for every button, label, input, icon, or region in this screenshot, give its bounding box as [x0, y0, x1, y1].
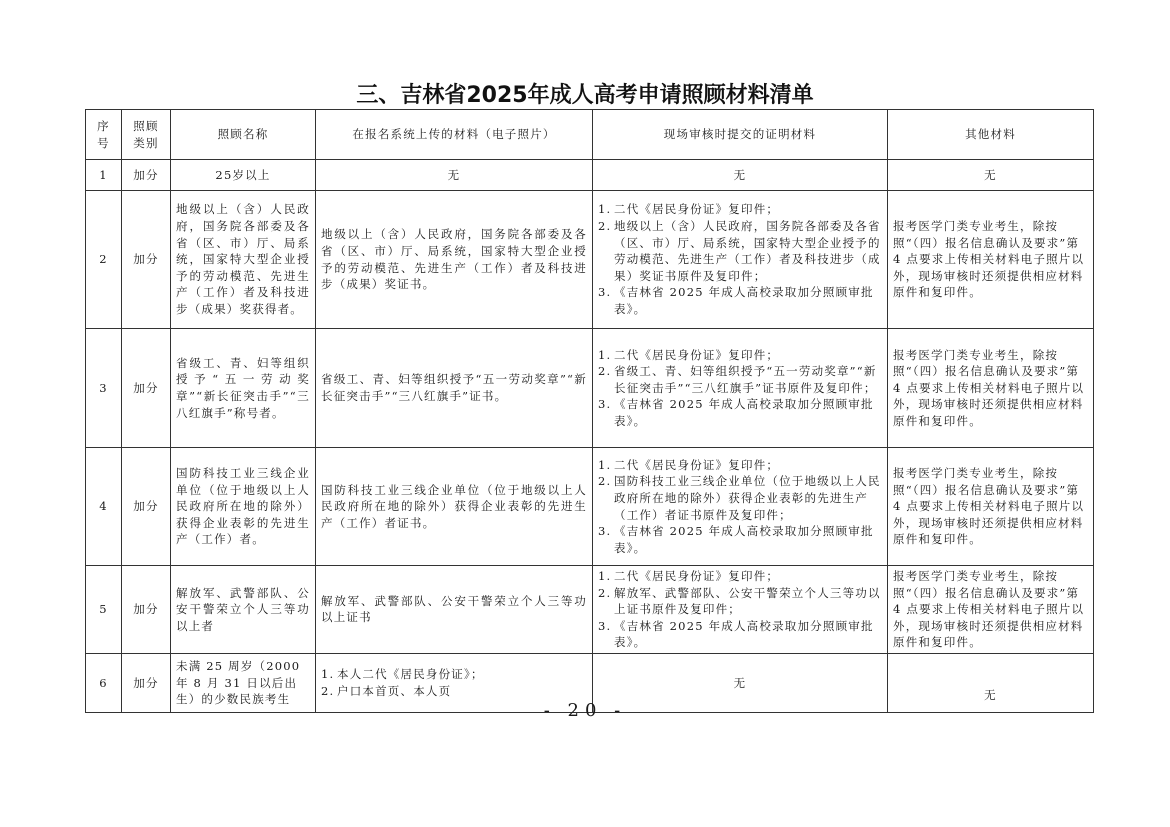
header-category: 照顾类别: [122, 110, 171, 160]
item-number: 3.: [598, 396, 611, 413]
list-item: 2. 解放军、武警部队、公安干警荣立个人三等功以上证书原件及复印件；: [598, 585, 882, 618]
header-other: 其他材料: [888, 110, 1094, 160]
onsite-list: 1.二代《居民身份证》复印件； 2.地级以上（含）人民政府，国务院各部委及各省（…: [598, 201, 882, 317]
list-item: 2.地级以上（含）人民政府，国务院各部委及各省（区、市）厅、局系统，国家特大型企…: [598, 218, 882, 284]
table-row: 5 加分 解放军、武警部队、公安干警荣立个人三等功以上者 解放军、武警部队、公安…: [86, 566, 1094, 654]
item-number: 2.: [598, 585, 611, 602]
onsite-list: 1.二代《居民身份证》复印件； 2.省级工、青、妇等组织授予“五一劳动奖章”“新…: [598, 347, 882, 430]
cell-other: 报考医学门类专业考生，除按照“（四）报名信息确认及要求”第 4 点要求上传相关材…: [888, 566, 1094, 654]
item-number: 3.: [598, 523, 611, 540]
table-row: 1 加分 25岁以上 无 无 无: [86, 160, 1094, 191]
cell-seq: 3: [86, 329, 122, 448]
cell-other: 报考医学门类专业考生，除按照“（四）报名信息确认及要求”第 4 点要求上传相关材…: [888, 191, 1094, 329]
cell-seq: 4: [86, 448, 122, 566]
cell-onsite: 1.二代《居民身份证》复印件； 2.地级以上（含）人民政府，国务院各部委及各省（…: [593, 191, 888, 329]
table-row: 3 加分 省级工、青、妇等组织授予“五一劳动奖章”“新长征突击手”“三八红旗手”…: [86, 329, 1094, 448]
list-item: 2.国防科技工业三线企业单位（位于地级以上人民政府所在地的除外）获得企业表彰的先…: [598, 473, 882, 523]
item-number: 1.: [598, 347, 611, 364]
item-text: 《吉林省 2025 年成人高校录取加分照顾审批表》。: [614, 524, 874, 555]
list-item: 2.省级工、青、妇等组织授予“五一劳动奖章”“新长征突击手”“三八红旗手”证书原…: [598, 363, 882, 396]
care-materials-table: 序号 照顾类别 照顾名称 在报名系统上传的材料（电子照片） 现场审核时提交的证明…: [85, 109, 1094, 713]
item-text: 省级工、青、妇等组织授予“五一劳动奖章”“新长征突击手”“三八红旗手”证书原件及…: [614, 364, 877, 395]
table-header-row: 序号 照顾类别 照顾名称 在报名系统上传的材料（电子照片） 现场审核时提交的证明…: [86, 110, 1094, 160]
item-number: 2.: [598, 473, 611, 490]
cell-category: 加分: [122, 448, 171, 566]
item-text: 国防科技工业三线企业单位（位于地级以上人民政府所在地的除外）获得企业表彰的先进生…: [614, 474, 881, 521]
page-number: - 20 -: [0, 700, 1170, 721]
header-onsite: 现场审核时提交的证明材料: [593, 110, 888, 160]
cell-seq: 2: [86, 191, 122, 329]
item-text: 《吉林省 2025 年成人高校录取加分照顾审批表》。: [614, 285, 874, 316]
header-name: 照顾名称: [171, 110, 316, 160]
item-number: 2.: [598, 218, 611, 235]
list-item: 1. 二代《居民身份证》复印件；: [598, 568, 882, 585]
list-item: 3.《吉林省 2025 年成人高校录取加分照顾审批表》。: [598, 523, 882, 556]
onsite-list: 1. 二代《居民身份证》复印件； 2. 解放军、武警部队、公安干警荣立个人三等功…: [598, 568, 882, 651]
cell-category: 加分: [122, 191, 171, 329]
cell-other: 报考医学门类专业考生，除按照“（四）报名信息确认及要求”第 4 点要求上传相关材…: [888, 329, 1094, 448]
cell-onsite: 1.二代《居民身份证》复印件； 2.国防科技工业三线企业单位（位于地级以上人民政…: [593, 448, 888, 566]
cell-name: 解放军、武警部队、公安干警荣立个人三等功以上者: [171, 566, 316, 654]
list-item: 1. 本人二代《居民身份证》；: [321, 666, 587, 683]
upload-list: 1. 本人二代《居民身份证》； 2. 户口本首页、本人页: [321, 666, 587, 699]
header-seq: 序号: [86, 110, 122, 160]
item-text: 《吉林省 2025 年成人高校录取加分照顾审批表》。: [614, 397, 874, 428]
cell-upload: 解放军、武警部队、公安干警荣立个人三等功以上证书: [316, 566, 593, 654]
cell-upload: 无: [316, 160, 593, 191]
item-number: 1.: [598, 568, 611, 585]
item-text: 二代《居民身份证》复印件；: [614, 569, 779, 583]
list-item: 1.二代《居民身份证》复印件；: [598, 347, 882, 364]
item-text: 二代《居民身份证》复印件；: [614, 348, 779, 362]
onsite-list: 1.二代《居民身份证》复印件； 2.国防科技工业三线企业单位（位于地级以上人民政…: [598, 457, 882, 557]
item-text: 户口本首页、本人页: [337, 684, 451, 698]
cell-category: 加分: [122, 329, 171, 448]
item-text: 《吉林省 2025 年成人高校录取加分照顾审批表》。: [614, 619, 874, 650]
item-text: 本人二代《居民身份证》；: [337, 667, 484, 681]
header-upload: 在报名系统上传的材料（电子照片）: [316, 110, 593, 160]
item-number: 2.: [598, 363, 611, 380]
item-text: 解放军、武警部队、公安干警荣立个人三等功以上证书原件及复印件；: [614, 586, 881, 617]
item-number: 1.: [321, 666, 334, 683]
table-row: 2 加分 地级以上（含）人民政府，国务院各部委及各省（区、市）厅、局系统，国家特…: [86, 191, 1094, 329]
item-number: 3.: [598, 284, 611, 301]
cell-name: 国防科技工业三线企业单位（位于地级以上人民政府所在地的除外）获得企业表彰的先进生…: [171, 448, 316, 566]
cell-other: 报考医学门类专业考生，除按照“（四）报名信息确认及要求”第 4 点要求上传相关材…: [888, 448, 1094, 566]
cell-category: 加分: [122, 160, 171, 191]
cell-onsite: 1.二代《居民身份证》复印件； 2.省级工、青、妇等组织授予“五一劳动奖章”“新…: [593, 329, 888, 448]
item-text: 二代《居民身份证》复印件；: [614, 202, 779, 216]
cell-onsite: 无: [593, 160, 888, 191]
cell-name: 地级以上（含）人民政府，国务院各部委及各省（区、市）厅、局系统，国家特大型企业授…: [171, 191, 316, 329]
cell-category: 加分: [122, 566, 171, 654]
item-number: 2.: [321, 683, 334, 700]
cell-name: 25岁以上: [171, 160, 316, 191]
table-row: 4 加分 国防科技工业三线企业单位（位于地级以上人民政府所在地的除外）获得企业表…: [86, 448, 1094, 566]
page-title: 三、吉林省2025年成人高考申请照顾材料清单: [0, 78, 1170, 109]
item-number: 1.: [598, 201, 611, 218]
cell-upload: 地级以上（含）人民政府，国务院各部委及各省（区、市）厅、局系统，国家特大型企业授…: [316, 191, 593, 329]
cell-name: 省级工、青、妇等组织授予“五一劳动奖章”“新长征突击手”“三八红旗手”称号者。: [171, 329, 316, 448]
item-text: 二代《居民身份证》复印件；: [614, 458, 779, 472]
list-item: 3.《吉林省 2025 年成人高校录取加分照顾审批表》。: [598, 284, 882, 317]
cell-onsite: 1. 二代《居民身份证》复印件； 2. 解放军、武警部队、公安干警荣立个人三等功…: [593, 566, 888, 654]
cell-other: 无: [888, 160, 1094, 191]
list-item: 1.二代《居民身份证》复印件；: [598, 457, 882, 474]
item-number: 3.: [598, 618, 611, 635]
item-number: 1.: [598, 457, 611, 474]
item-text: 地级以上（含）人民政府，国务院各部委及各省（区、市）厅、局系统，国家特大型企业授…: [614, 219, 881, 283]
list-item: 2. 户口本首页、本人页: [321, 683, 587, 700]
list-item: 1.二代《居民身份证》复印件；: [598, 201, 882, 218]
list-item: 3. 《吉林省 2025 年成人高校录取加分照顾审批表》。: [598, 618, 882, 651]
cell-seq: 5: [86, 566, 122, 654]
list-item: 3.《吉林省 2025 年成人高校录取加分照顾审批表》。: [598, 396, 882, 429]
cell-seq: 1: [86, 160, 122, 191]
cell-upload: 省级工、青、妇等组织授予“五一劳动奖章”“新长征突击手”“三八红旗手”证书。: [316, 329, 593, 448]
cell-upload: 国防科技工业三线企业单位（位于地级以上人民政府所在地的除外）获得企业表彰的先进生…: [316, 448, 593, 566]
